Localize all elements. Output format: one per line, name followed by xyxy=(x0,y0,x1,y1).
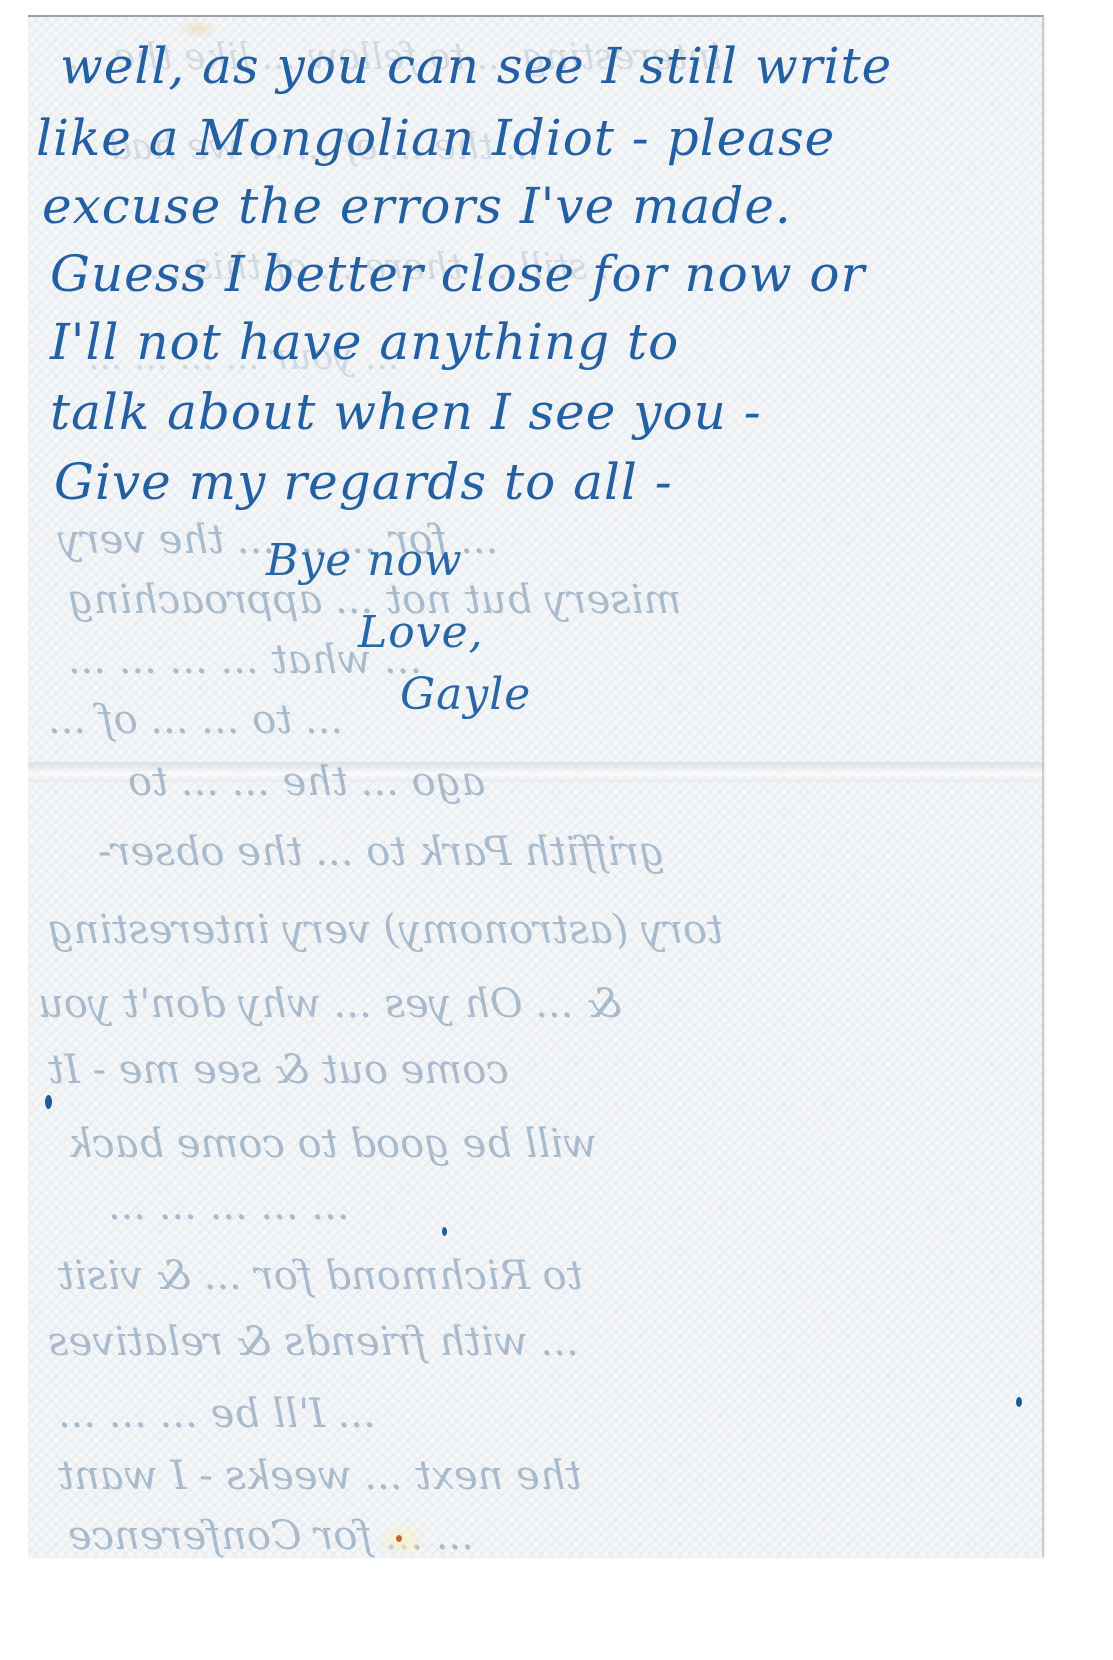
bleed-through-line: griffith Park to ... the obser- xyxy=(98,829,665,875)
bleed-through-line: tory (astronomy) very interesting xyxy=(48,907,723,953)
bleed-through-line: come out & see me - It xyxy=(48,1047,509,1093)
letter-body-line-1: well, as you can see I still write xyxy=(60,37,892,95)
letter-body-line-3: excuse the errors I've made. xyxy=(42,177,792,235)
letter-body-line-5: I'll not have anything to xyxy=(50,313,679,371)
bleed-through-line: ... with friends & relatives xyxy=(48,1319,579,1365)
paper-stain xyxy=(178,19,218,39)
bleed-through-line: to Richmond for ... & visit xyxy=(58,1253,583,1299)
ink-spot xyxy=(45,1095,52,1109)
bleed-through-line: ... I'll be ... ... ... xyxy=(58,1391,376,1437)
bleed-through-line: & ... Oh yes ... why don't you xyxy=(38,981,622,1027)
letter-body-line-2: like a Mongolian Idiot - please xyxy=(36,109,835,167)
letter-closing: Bye now xyxy=(266,535,463,586)
letter-valediction: Love, xyxy=(358,607,484,658)
ink-spot xyxy=(1016,1397,1022,1407)
letter-body-line-6: talk about when I see you - xyxy=(50,383,762,441)
letter-signature: Gayle xyxy=(400,669,531,720)
bleed-through-line: ... to ... ... of ... xyxy=(48,697,343,743)
bleed-through-line: will be good to come back xyxy=(68,1121,597,1167)
bleed-through-line: the next ... weeks - I want xyxy=(58,1453,582,1499)
letter-body-line-7: Give my regards to all - xyxy=(54,453,673,511)
letter-body-line-4: Guess I better close for now or xyxy=(50,245,865,303)
paper-stain-dot xyxy=(396,1535,402,1542)
bleed-through-line: ago ... the ... ... to xyxy=(128,759,485,805)
letter-sheet: interesting ... to fellow ... like the .… xyxy=(28,15,1044,1557)
bleed-through-line: ... ... ... ... ... xyxy=(108,1183,350,1229)
ink-spot xyxy=(442,1227,447,1236)
